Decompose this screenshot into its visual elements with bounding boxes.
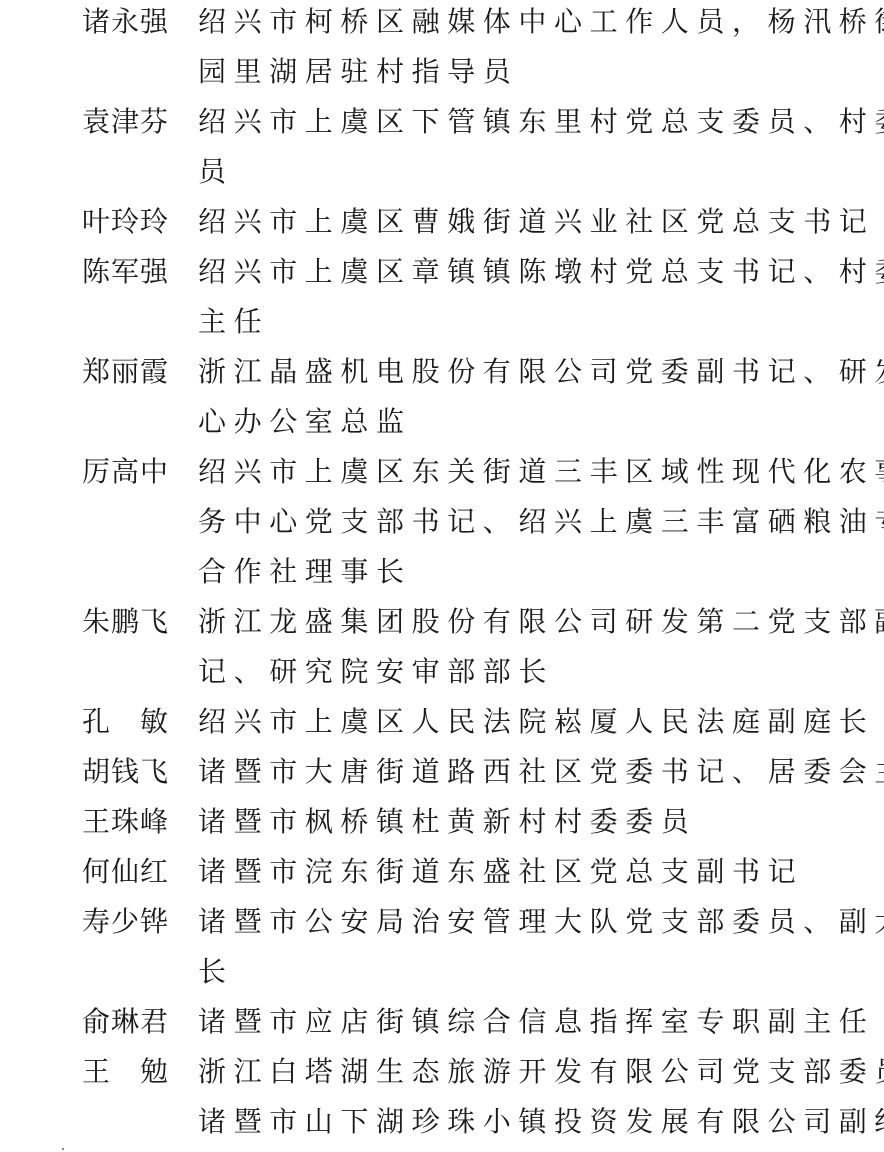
- list-item: 王 勉 浙江白塔湖生态旅游开发有限公司党支部委员、 诸暨市山下湖珍珠小镇投资发展…: [0, 1047, 884, 1147]
- person-name: 孔 敏: [82, 697, 198, 747]
- title-line: 诸暨市应店街镇综合信息指挥室专职副主任: [198, 997, 808, 1047]
- title-line: 长: [198, 947, 808, 997]
- person-title: 诸暨市公安局治安管理大队党支部委员、副大队 长: [198, 897, 808, 997]
- person-title: 诸暨市枫桥镇杜黄新村村委委员: [198, 797, 808, 847]
- person-title: 绍兴市上虞区曹娥街道兴业社区党总支书记: [198, 197, 808, 247]
- person-name: 王 勉: [82, 1047, 198, 1097]
- person-name-text: 诸永强: [82, 0, 169, 47]
- person-name-text: 朱鹏飞: [82, 597, 169, 647]
- person-name-text: 袁津芬: [82, 97, 169, 147]
- person-name: 胡钱飞: [82, 747, 198, 797]
- list-item: 俞琳君 诸暨市应店街镇综合信息指挥室专职副主任: [0, 997, 884, 1047]
- title-line: 绍兴市柯桥区融媒体中心工作人员，杨汛桥街道: [198, 0, 808, 47]
- list-item: 袁津芬 绍兴市上虞区下管镇东里村党总支委员、村委委 员: [0, 97, 884, 197]
- list-item: 孔 敏 绍兴市上虞区人民法院崧厦人民法庭副庭长: [0, 697, 884, 747]
- title-line: 园里湖居驻村指导员: [198, 47, 808, 97]
- person-name-text: 陈军强: [82, 247, 169, 297]
- person-title: 绍兴市上虞区章镇镇陈墩村党总支书记、村委会 主任: [198, 247, 808, 347]
- title-line: 浙江白塔湖生态旅游开发有限公司党支部委员、: [198, 1047, 808, 1097]
- person-name: 何仙红: [82, 847, 198, 897]
- document-page: 诸永强 绍兴市柯桥区融媒体中心工作人员，杨汛桥街道 园里湖居驻村指导员 袁津芬 …: [0, 0, 884, 1147]
- person-name-text: 郑丽霞: [82, 347, 169, 397]
- person-name-text: 孔 敏: [82, 697, 169, 747]
- person-name-text: 王珠峰: [82, 797, 169, 847]
- person-name-text: 胡钱飞: [82, 747, 169, 797]
- title-line: 心办公室总监: [198, 397, 808, 447]
- title-line: 诸暨市山下湖珍珠小镇投资发展有限公司副经理: [198, 1097, 808, 1147]
- title-line: 诸暨市浣东街道东盛社区党总支副书记: [198, 847, 808, 897]
- title-line: 浙江龙盛集团股份有限公司研发第二党支部副书: [198, 597, 808, 647]
- title-line: 诸暨市大唐街道路西社区党委书记、居委会主任: [198, 747, 808, 797]
- list-item: 寿少铧 诸暨市公安局治安管理大队党支部委员、副大队 长: [0, 897, 884, 997]
- person-title: 诸暨市浣东街道东盛社区党总支副书记: [198, 847, 808, 897]
- title-line: 合作社理事长: [198, 547, 808, 597]
- title-line: 务中心党支部书记、绍兴上虞三丰富硒粮油专业: [198, 497, 808, 547]
- title-line: 绍兴市上虞区人民法院崧厦人民法庭副庭长: [198, 697, 808, 747]
- title-line: 记、研究院安审部部长: [198, 647, 808, 697]
- person-name: 厉高中: [82, 447, 198, 497]
- title-line: 绍兴市上虞区东关街道三丰区域性现代化农事服: [198, 447, 808, 497]
- title-line: 诸暨市枫桥镇杜黄新村村委委员: [198, 797, 808, 847]
- list-item: 郑丽霞 浙江晶盛机电股份有限公司党委副书记、研发中 心办公室总监: [0, 347, 884, 447]
- person-title: 绍兴市柯桥区融媒体中心工作人员，杨汛桥街道 园里湖居驻村指导员: [198, 0, 808, 97]
- person-name-text: 王 勉: [82, 1047, 169, 1097]
- person-title: 诸暨市大唐街道路西社区党委书记、居委会主任: [198, 747, 808, 797]
- list-item: 何仙红 诸暨市浣东街道东盛社区党总支副书记: [0, 847, 884, 897]
- title-line: 主任: [198, 297, 808, 347]
- person-name: 叶玲玲: [82, 197, 198, 247]
- person-title: 浙江龙盛集团股份有限公司研发第二党支部副书 记、研究院安审部部长: [198, 597, 808, 697]
- person-title: 浙江白塔湖生态旅游开发有限公司党支部委员、 诸暨市山下湖珍珠小镇投资发展有限公司…: [198, 1047, 808, 1147]
- person-name-text: 厉高中: [82, 447, 169, 497]
- title-line: 绍兴市上虞区曹娥街道兴业社区党总支书记: [198, 197, 808, 247]
- person-name: 郑丽霞: [82, 347, 198, 397]
- person-name: 寿少铧: [82, 897, 198, 947]
- person-name-text: 叶玲玲: [82, 197, 169, 247]
- list-item: 陈军强 绍兴市上虞区章镇镇陈墩村党总支书记、村委会 主任: [0, 247, 884, 347]
- title-line: 绍兴市上虞区下管镇东里村党总支委员、村委委: [198, 97, 808, 147]
- person-name: 朱鹏飞: [82, 597, 198, 647]
- list-item: 诸永强 绍兴市柯桥区融媒体中心工作人员，杨汛桥街道 园里湖居驻村指导员: [0, 0, 884, 97]
- title-line: 绍兴市上虞区章镇镇陈墩村党总支书记、村委会: [198, 247, 808, 297]
- person-title: 绍兴市上虞区下管镇东里村党总支委员、村委委 员: [198, 97, 808, 197]
- person-title: 绍兴市上虞区人民法院崧厦人民法庭副庭长: [198, 697, 808, 747]
- list-item: 厉高中 绍兴市上虞区东关街道三丰区域性现代化农事服 务中心党支部书记、绍兴上虞三…: [0, 447, 884, 597]
- person-title: 诸暨市应店街镇综合信息指挥室专职副主任: [198, 997, 808, 1047]
- title-line: 诸暨市公安局治安管理大队党支部委员、副大队: [198, 897, 808, 947]
- person-name-text: 俞琳君: [82, 997, 169, 1047]
- person-name: 袁津芬: [82, 97, 198, 147]
- list-item: 叶玲玲 绍兴市上虞区曹娥街道兴业社区党总支书记: [0, 197, 884, 247]
- title-line: 浙江晶盛机电股份有限公司党委副书记、研发中: [198, 347, 808, 397]
- person-title: 绍兴市上虞区东关街道三丰区域性现代化农事服 务中心党支部书记、绍兴上虞三丰富硒粮…: [198, 447, 808, 597]
- page-speck: [62, 1148, 64, 1150]
- person-name: 俞琳君: [82, 997, 198, 1047]
- person-name: 王珠峰: [82, 797, 198, 847]
- person-name: 诸永强: [82, 0, 198, 47]
- person-name-text: 何仙红: [82, 847, 169, 897]
- list-item: 王珠峰 诸暨市枫桥镇杜黄新村村委委员: [0, 797, 884, 847]
- list-item: 胡钱飞 诸暨市大唐街道路西社区党委书记、居委会主任: [0, 747, 884, 797]
- list-item: 朱鹏飞 浙江龙盛集团股份有限公司研发第二党支部副书 记、研究院安审部部长: [0, 597, 884, 697]
- person-title: 浙江晶盛机电股份有限公司党委副书记、研发中 心办公室总监: [198, 347, 808, 447]
- title-line: 员: [198, 147, 808, 197]
- person-name-text: 寿少铧: [82, 897, 169, 947]
- person-name: 陈军强: [82, 247, 198, 297]
